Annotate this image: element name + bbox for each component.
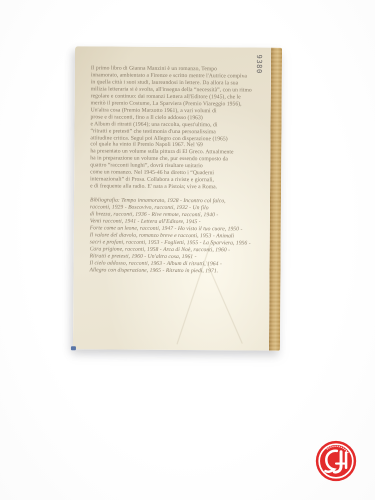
- book-page-edges: [269, 48, 282, 351]
- book-back-cover: 9380 Il primo libro di Gianna Manzini è …: [73, 46, 282, 350]
- text-line: e di frequente alla radio. E' nata a Pis…: [90, 184, 262, 192]
- photo-background: 9380 Il primo libro di Gianna Manzini è …: [0, 0, 375, 500]
- book-cover-surface: 9380 Il primo libro di Gianna Manzini è …: [73, 46, 271, 350]
- corner-speck: [71, 346, 76, 350]
- seller-watermark-logo: [315, 440, 357, 482]
- author-bio-text: Il primo libro di Gianna Manzini è un ro…: [90, 65, 263, 191]
- text-line: Allegro con disperazione, 1965 - Ritratt…: [89, 267, 261, 275]
- logo-red-disc: [316, 441, 356, 481]
- bibliography-text: Bibliografia: Tempo innamorato, 1928 - I…: [89, 197, 262, 275]
